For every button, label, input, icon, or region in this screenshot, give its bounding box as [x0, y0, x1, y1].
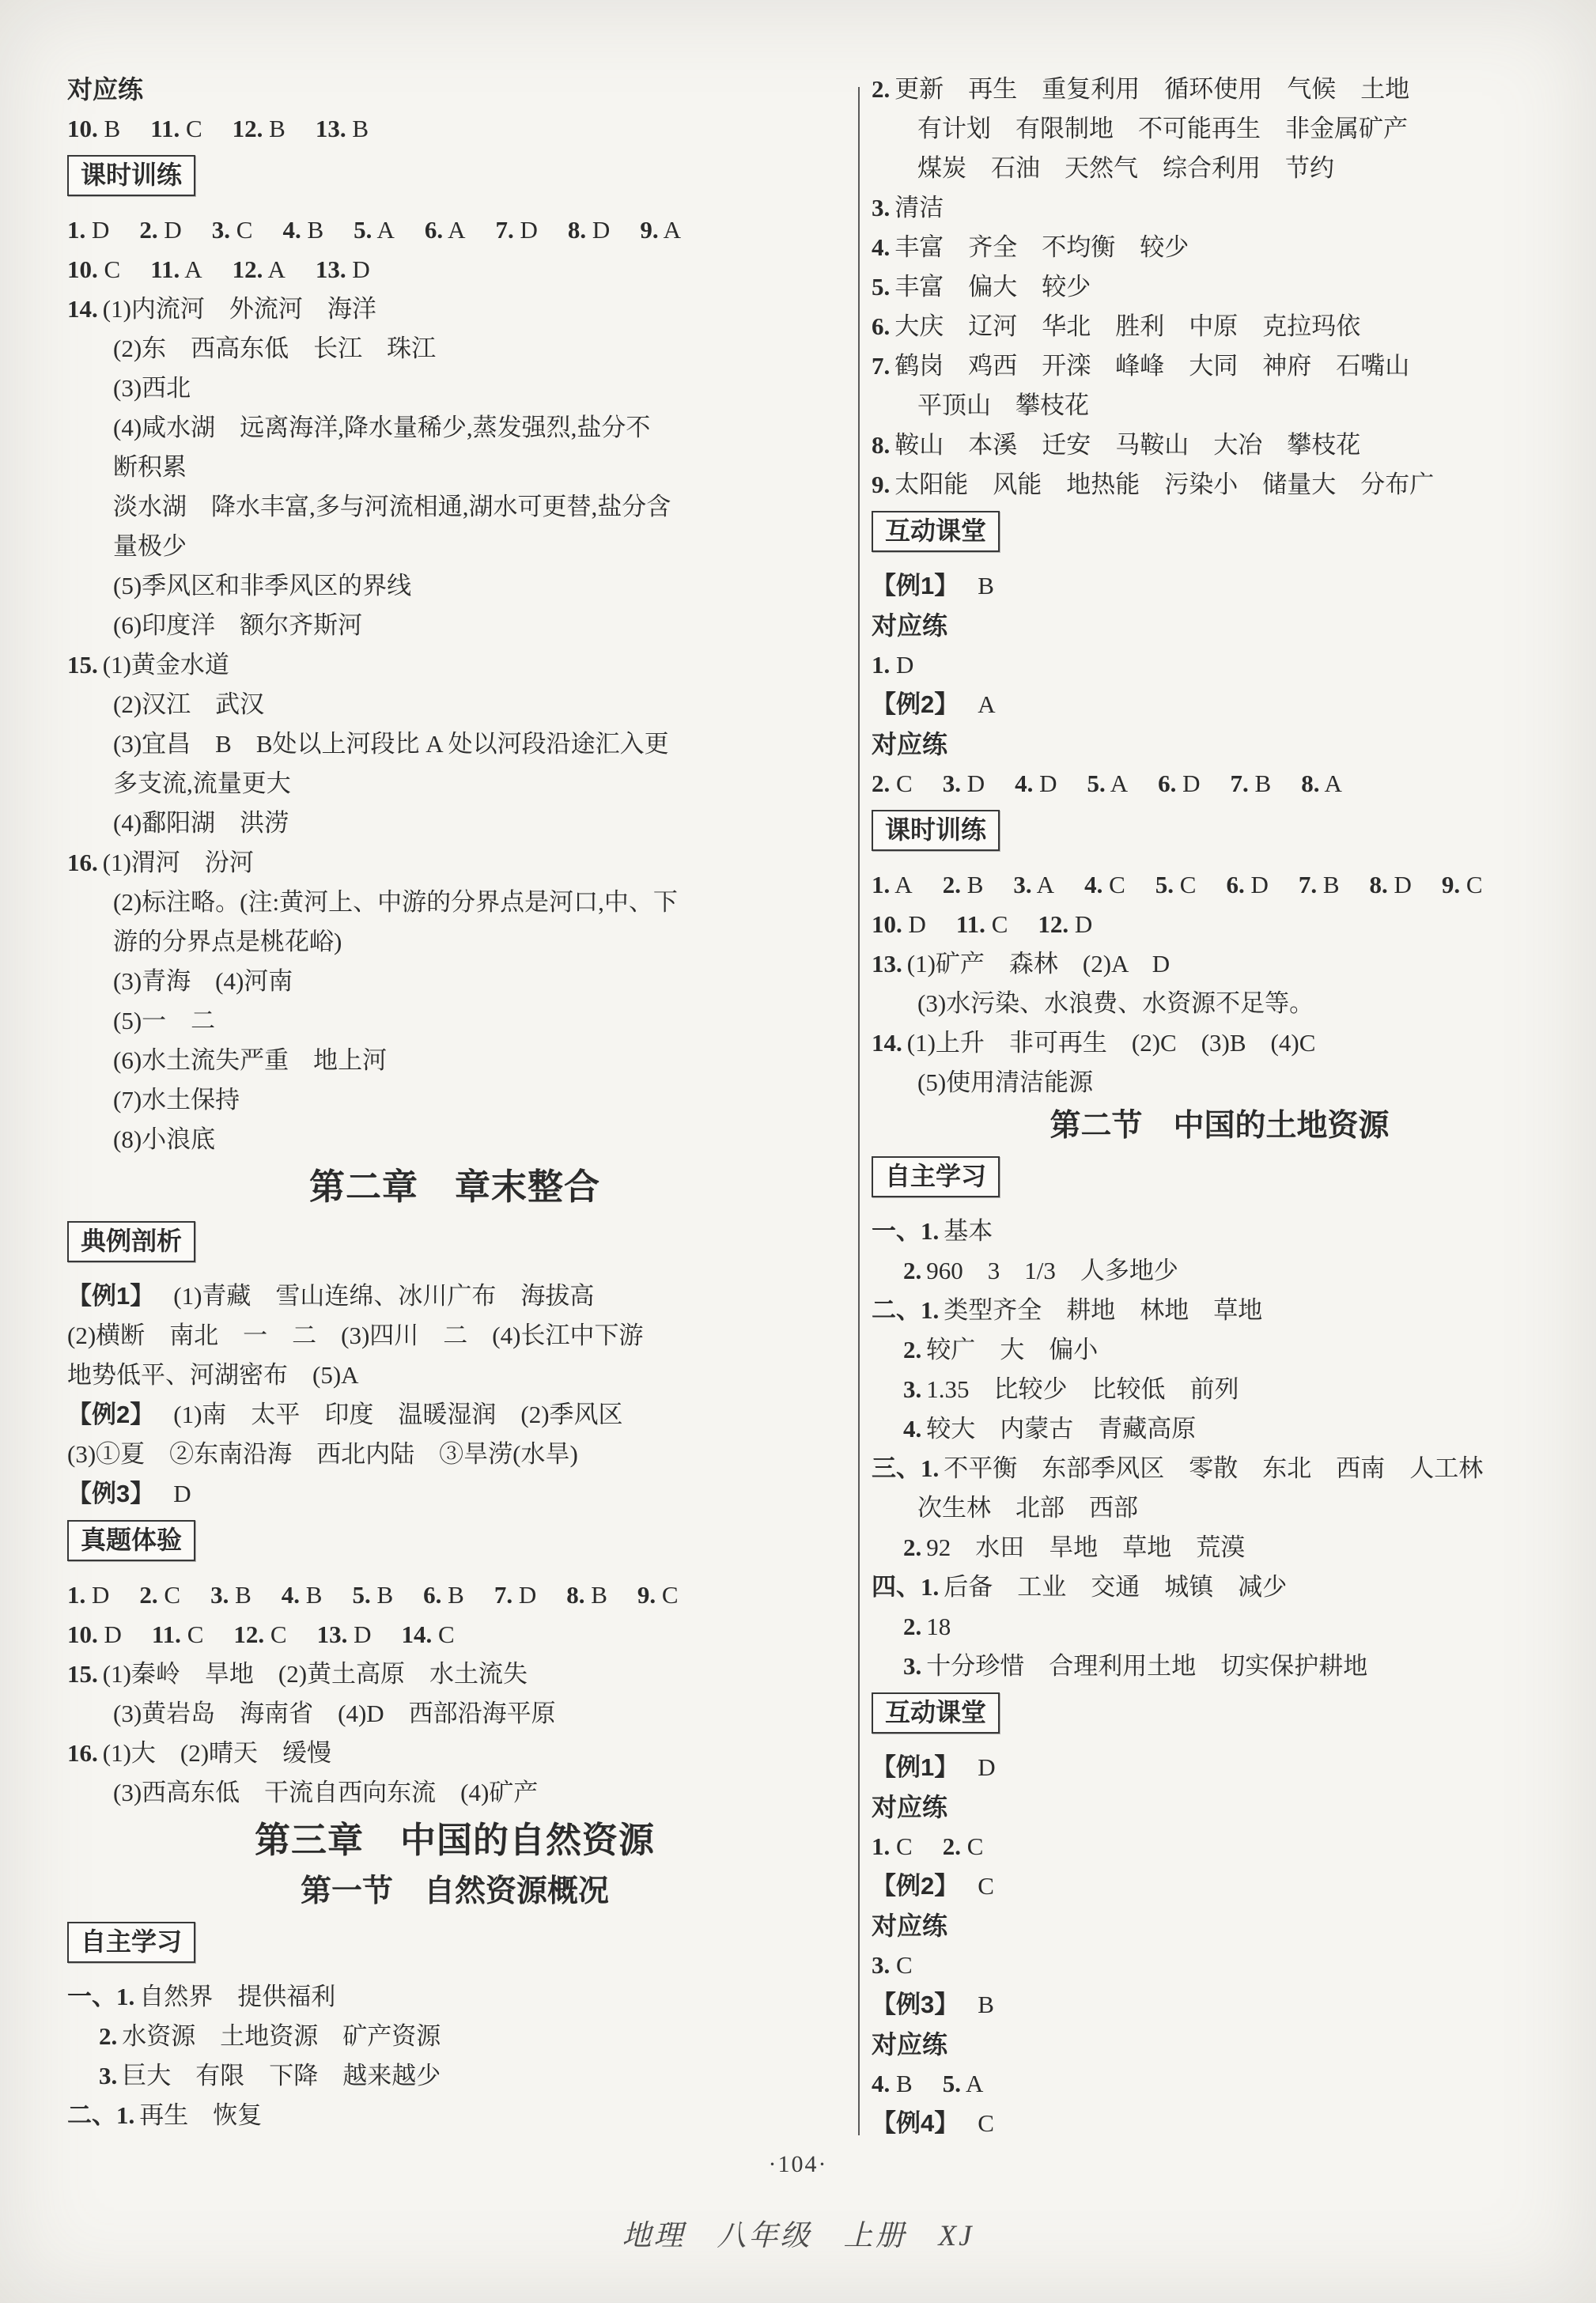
item-number: 2. — [903, 1336, 921, 1363]
answer-line: 淡水湖 降水丰富,多与河流相通,湖水可更替,盐分含 — [67, 487, 842, 527]
example-line: 【例3】D — [67, 1474, 842, 1514]
example-line: 【例1】B — [872, 566, 1568, 606]
answer-item: 4. D — [1015, 770, 1057, 797]
answer-number: 10. — [872, 910, 902, 938]
answer-item: 7. B — [1299, 871, 1340, 898]
answer-item: 2. D — [139, 216, 181, 244]
practice-label: 对应练 — [872, 1787, 1568, 1827]
answer-number: 1. — [872, 651, 890, 679]
example-answer: B — [978, 572, 994, 599]
example-line: 【例1】(1)青藏 雪山连绵、冰川广布 海拔高 — [67, 1276, 842, 1316]
item-number: 2. — [99, 2022, 117, 2050]
answer-number: 5. — [354, 216, 372, 244]
answer-line: 2.92 水田 旱地 草地 荒漠 — [872, 1528, 1568, 1567]
answer-item: 5. A — [354, 216, 395, 244]
item-number: 6. — [872, 312, 890, 340]
answer-line: 一、1.自然界 提供福利 — [67, 1977, 842, 2017]
answer-line: 14.(1)上升 非可再生 (2)C (3)B (4)C — [872, 1023, 1568, 1063]
example-label: 【例4】 — [872, 2109, 959, 2137]
item-text: 960 3 1/3 人多地少 — [926, 1257, 1178, 1284]
answer-item: 7. D — [494, 1581, 536, 1609]
answer-item: 5. A — [943, 2070, 984, 2097]
answer-item: 2. C — [139, 1581, 180, 1609]
answer-line: (3)水污染、水浪费、水资源不足等。 — [872, 984, 1568, 1023]
item-number: 15. — [67, 1660, 98, 1688]
answer-line: (3)黄岩岛 海南省 (4)D 西部沿海平原 — [67, 1694, 842, 1734]
answer-line: 13.(1)矿产 森林 (2)A D — [872, 944, 1568, 984]
boxed-section-label: 课时训练 — [67, 155, 195, 196]
chapter-heading: 第三章 中国的自然资源 — [67, 1813, 842, 1868]
answer-number: 9. — [1442, 871, 1460, 898]
answer-item: 1. D — [67, 1581, 109, 1609]
answer-item: 1. D — [67, 216, 109, 244]
answer-line: 地势低平、河湖密布 (5)A — [67, 1356, 842, 1395]
answer-item: 11. C — [152, 1620, 203, 1648]
item-text: 丰富 齐全 不均衡 较少 — [894, 233, 1189, 261]
answer-number: 7. — [1231, 770, 1249, 797]
item-number: 3. — [99, 2062, 117, 2089]
item-text: 十分珍惜 合理利用土地 切实保护耕地 — [926, 1652, 1367, 1680]
answer-line: (4)咸水湖 远离海洋,降水量稀少,蒸发强烈,盐分不 — [67, 408, 842, 448]
practice-label: 对应练 — [67, 70, 842, 109]
item-text: (1)上升 非可再生 (2)C (3)B (4)C — [907, 1029, 1316, 1057]
answer-item: 4. B — [282, 216, 323, 244]
item-number: 16. — [67, 849, 98, 876]
answer-item: 9. C — [637, 1581, 679, 1609]
answer-number: 10. — [67, 115, 98, 142]
boxed-label-row: 互动课堂 — [872, 511, 1568, 558]
answer-item: 12. A — [233, 255, 286, 283]
item-text: (1)渭河 汾河 — [103, 849, 254, 876]
answer-line: 四、1.后备 工业 交通 城镇 减少 — [872, 1567, 1568, 1607]
answer-number: 9. — [637, 1581, 656, 1609]
item-text: 水资源 土地资源 矿产资源 — [122, 2022, 441, 2050]
answer-number: 7. — [496, 216, 514, 244]
answer-line: 煤炭 石油 天然气 综合利用 节约 — [872, 149, 1568, 188]
answer-line: (2)东 西高东低 长江 珠江 — [67, 329, 842, 369]
boxed-label-row: 真题体验 — [67, 1520, 842, 1567]
answer-item: 6. B — [423, 1581, 464, 1609]
answer-number: 11. — [150, 255, 180, 283]
item-text: (1)矿产 森林 (2)A D — [907, 950, 1170, 978]
answer-number: 5. — [352, 1581, 370, 1609]
answer-line: 14.(1)内流河 外流河 海洋 — [67, 289, 842, 329]
example-line: 【例3】B — [872, 1985, 1568, 2025]
answer-number: 3. — [212, 216, 230, 244]
boxed-label-row: 课时训练 — [872, 810, 1568, 857]
answer-number: 1. — [872, 1832, 890, 1860]
item-number: 15. — [67, 651, 98, 679]
boxed-label-row: 互动课堂 — [872, 1692, 1568, 1740]
example-line: 【例4】C — [872, 2104, 1568, 2143]
answer-number: 4. — [282, 1581, 300, 1609]
answer-item: 4. B — [282, 1581, 323, 1609]
item-text: (1)秦岭 旱地 (2)黄土高原 水土流失 — [103, 1660, 528, 1688]
answer-number: 7. — [494, 1581, 512, 1609]
example-line: 【例2】A — [872, 685, 1568, 724]
example-answer: (1)青藏 雪山连绵、冰川广布 海拔高 — [173, 1282, 594, 1310]
answer-number: 2. — [943, 1832, 961, 1860]
item-text: 大庆 辽河 华北 胜利 中原 克拉玛依 — [894, 312, 1360, 340]
answer-line: 2.960 3 1/3 人多地少 — [872, 1251, 1568, 1291]
answer-line: 9.太阳能 风能 地热能 污染小 储量大 分布广 — [872, 465, 1568, 505]
item-text: 再生 恢复 — [139, 2101, 262, 2129]
item-number: 一、1. — [872, 1217, 939, 1245]
answer-number: 12. — [1038, 910, 1068, 938]
answer-line: 平顶山 攀枝花 — [872, 386, 1568, 425]
item-text: 92 水田 旱地 草地 荒漠 — [926, 1533, 1245, 1561]
item-number: 13. — [872, 950, 902, 978]
answer-line: 16.(1)大 (2)晴天 缓慢 — [67, 1734, 842, 1773]
item-number: 3. — [903, 1652, 921, 1680]
answer-number: 8. — [1301, 770, 1319, 797]
answer-number: 13. — [317, 1620, 348, 1648]
answer-line: (5)一 二 — [67, 1001, 842, 1041]
answer-item: 8. A — [1301, 770, 1342, 797]
answer-line: 二、1.类型齐全 耕地 林地 草地 — [872, 1291, 1568, 1330]
item-number: 二、1. — [872, 1296, 939, 1324]
item-number: 4. — [872, 233, 890, 261]
answer-line: (8)小浪底 — [67, 1120, 842, 1159]
item-text: 较大 内蒙古 青藏高原 — [926, 1415, 1196, 1443]
answer-number: 3. — [210, 1581, 229, 1609]
answer-row: 10. B11. C12. B13. B — [67, 109, 842, 149]
boxed-section-label: 互动课堂 — [872, 1692, 1000, 1734]
answer-item: 9. C — [1442, 871, 1483, 898]
item-text: 清洁 — [894, 194, 944, 221]
item-text: 鹤岗 鸡西 开滦 峰峰 大同 神府 石嘴山 — [894, 352, 1409, 380]
answer-item: 2. B — [943, 871, 984, 898]
answer-number: 2. — [139, 216, 157, 244]
answer-item: 6. A — [425, 216, 466, 244]
answer-number: 8. — [566, 1581, 584, 1609]
answer-item: 4. B — [872, 2070, 913, 2097]
answer-item: 10. D — [67, 1620, 122, 1648]
answer-number: 8. — [568, 216, 586, 244]
answer-number: 1. — [67, 216, 85, 244]
answer-row: 10. D11. C12. C13. D14. C — [67, 1615, 842, 1654]
item-number: 4. — [903, 1415, 921, 1443]
item-text: (1)黄金水道 — [103, 651, 229, 679]
answer-number: 12. — [233, 1620, 264, 1648]
item-number: 8. — [872, 431, 890, 459]
boxed-section-label: 互动课堂 — [872, 511, 1000, 552]
answer-number: 5. — [1155, 871, 1174, 898]
answer-number: 6. — [423, 1581, 441, 1609]
chapter-heading: 第二章 章末整合 — [67, 1159, 842, 1215]
item-number: 2. — [903, 1533, 921, 1561]
item-number: 四、1. — [872, 1573, 939, 1601]
answer-line: 4.丰富 齐全 不均衡 较少 — [872, 228, 1568, 267]
answer-item: 9. A — [640, 216, 681, 244]
example-answer: D — [978, 1753, 995, 1781]
answer-line: (6)水土流失严重 地上河 — [67, 1041, 842, 1080]
practice-label: 对应练 — [872, 606, 1568, 645]
answer-number: 7. — [1299, 871, 1317, 898]
answer-line: 有计划 有限制地 不可能再生 非金属矿产 — [872, 109, 1568, 149]
item-text: 不平衡 东部季风区 零散 东北 西南 人工林 — [944, 1454, 1483, 1482]
page-number: ·104· — [0, 2151, 1596, 2178]
answer-item: 10. B — [67, 115, 120, 142]
answer-row: 10. C11. A12. A13. D — [67, 250, 842, 289]
answer-item: 12. D — [1038, 910, 1092, 938]
answer-item: 11. C — [150, 115, 202, 142]
answer-number: 2. — [872, 770, 890, 797]
item-number: 5. — [872, 273, 890, 301]
answer-number: 13. — [316, 115, 346, 142]
item-text: 基本 — [944, 1217, 993, 1245]
answer-number: 11. — [150, 115, 180, 142]
answer-line: 6.大庆 辽河 华北 胜利 中原 克拉玛依 — [872, 307, 1568, 346]
item-number: 7. — [872, 352, 890, 380]
answer-line: 2.水资源 土地资源 矿产资源 — [67, 2017, 842, 2056]
item-number: 9. — [872, 471, 890, 498]
item-text: 较广 大 偏小 — [926, 1336, 1098, 1363]
answer-line: 量极少 — [67, 527, 842, 566]
example-label: 【例2】 — [872, 690, 959, 718]
answer-line: (6)印度洋 额尔齐斯河 — [67, 606, 842, 645]
answer-line: 3.清洁 — [872, 188, 1568, 228]
answer-number: 6. — [1226, 871, 1244, 898]
answer-line: 游的分界点是桃花峪) — [67, 922, 842, 962]
answer-item: 3. D — [943, 770, 985, 797]
column-divider — [858, 87, 860, 2135]
item-text: 更新 再生 重复利用 循环使用 气候 土地 — [894, 75, 1409, 103]
answer-line: 2.18 — [872, 1607, 1568, 1647]
answer-line: 一、1.基本 — [872, 1212, 1568, 1251]
answer-line: 多支流,流量更大 — [67, 764, 842, 804]
answer-line: (7)水土保持 — [67, 1080, 842, 1120]
item-number: 2. — [872, 75, 890, 103]
answer-number: 11. — [956, 910, 985, 938]
answer-number: 12. — [233, 115, 263, 142]
answer-item: 5. B — [352, 1581, 393, 1609]
answer-line: 15.(1)黄金水道 — [67, 645, 842, 685]
answer-item: 1. D — [872, 651, 913, 679]
item-number: 14. — [872, 1029, 902, 1057]
answer-line: (3)青海 (4)河南 — [67, 962, 842, 1001]
practice-label: 对应练 — [872, 724, 1568, 764]
answer-row: 1. D2. C3. B4. B5. B6. B7. D8. B9. C — [67, 1575, 842, 1615]
item-number: 三、1. — [872, 1454, 939, 1482]
answer-number: 9. — [640, 216, 658, 244]
example-line: 【例2】C — [872, 1866, 1568, 1906]
boxed-label-row: 自主学习 — [67, 1922, 842, 1969]
example-label: 【例3】 — [67, 1480, 154, 1507]
answer-item: 11. A — [150, 255, 202, 283]
answer-item: 14. C — [401, 1620, 454, 1648]
answer-number: 10. — [67, 1620, 98, 1648]
answer-item: 10. D — [872, 910, 926, 938]
example-line: 【例1】D — [872, 1748, 1568, 1787]
answer-number: 4. — [1084, 871, 1102, 898]
answer-number: 14. — [401, 1620, 432, 1648]
answer-item: 12. B — [233, 115, 286, 142]
example-answer: (1)南 太平 印度 温暖湿润 (2)季风区 — [173, 1401, 622, 1428]
example-label: 【例2】 — [872, 1872, 959, 1900]
answer-number: 5. — [943, 2070, 961, 2097]
answer-item: 8. B — [566, 1581, 607, 1609]
item-number: 3. — [903, 1375, 921, 1403]
item-text: (1)大 (2)晴天 缓慢 — [103, 1739, 331, 1767]
section-heading: 第一节 自然资源概况 — [67, 1868, 842, 1915]
answer-number: 12. — [233, 255, 263, 283]
boxed-section-label: 典例剖析 — [67, 1221, 195, 1262]
boxed-section-label: 自主学习 — [872, 1156, 1000, 1197]
answer-line: 2.较广 大 偏小 — [872, 1330, 1568, 1370]
answer-number: 4. — [1015, 770, 1033, 797]
example-label: 【例1】 — [67, 1282, 154, 1310]
boxed-label-row: 课时训练 — [67, 155, 842, 202]
answer-line: (5)使用清洁能源 — [872, 1063, 1568, 1102]
answer-item: 1. C — [872, 1832, 913, 1860]
item-text: (1)内流河 外流河 海洋 — [103, 295, 376, 323]
item-number: 2. — [903, 1613, 921, 1640]
left-column: 对应练10. B11. C12. B13. B课时训练1. D2. D3. C4… — [67, 70, 842, 2135]
example-answer: A — [978, 690, 995, 718]
answer-item: 7. D — [496, 216, 538, 244]
answer-line: 4.较大 内蒙古 青藏高原 — [872, 1409, 1568, 1449]
answer-number: 4. — [282, 216, 301, 244]
answer-item: 1. A — [872, 871, 913, 898]
item-text: 后备 工业 交通 城镇 减少 — [944, 1573, 1287, 1601]
answer-line: 3.1.35 比较少 比较低 前列 — [872, 1370, 1568, 1409]
boxed-label-row: 自主学习 — [872, 1156, 1568, 1204]
answer-row: 3. C — [872, 1946, 1568, 1985]
item-text: 丰富 偏大 较少 — [894, 273, 1091, 301]
answer-number: 1. — [872, 871, 890, 898]
answer-item: 13. B — [316, 115, 369, 142]
answer-item: 5. A — [1087, 770, 1128, 797]
answer-item: 6. D — [1226, 871, 1268, 898]
answer-number: 4. — [872, 2070, 890, 2097]
answer-row: 2. C3. D4. D5. A6. D7. B8. A — [872, 764, 1568, 804]
answer-number: 3. — [1013, 871, 1031, 898]
answer-number: 10. — [67, 255, 98, 283]
boxed-section-label: 自主学习 — [67, 1922, 195, 1963]
answer-line: 5.丰富 偏大 较少 — [872, 267, 1568, 307]
section-heading: 第二节 中国的土地资源 — [872, 1102, 1568, 1150]
answer-line: 断积累 — [67, 448, 842, 487]
example-label: 【例1】 — [872, 1753, 959, 1781]
answer-item: 8. D — [568, 216, 610, 244]
answer-item: 3. A — [1013, 871, 1054, 898]
boxed-label-row: 典例剖析 — [67, 1221, 842, 1269]
answer-item: 3. C — [212, 216, 253, 244]
workbook-page: 对应练10. B11. C12. B13. B课时训练1. D2. D3. C4… — [0, 0, 1596, 2303]
answer-row: 1. D2. D3. C4. B5. A6. A7. D8. D9. A — [67, 210, 842, 250]
answer-number: 13. — [316, 255, 346, 283]
answer-item: 4. C — [1084, 871, 1125, 898]
answer-row: 1. C2. C — [872, 1827, 1568, 1866]
book-footer: 地理 八年级 上册 XJ — [0, 2211, 1596, 2254]
answer-number: 3. — [943, 770, 961, 797]
answer-line: 15.(1)秦岭 旱地 (2)黄土高原 水土流失 — [67, 1654, 842, 1694]
answer-item: 2. C — [872, 770, 913, 797]
item-text: 1.35 比较少 比较低 前列 — [926, 1375, 1239, 1403]
answer-item: 3. B — [210, 1581, 252, 1609]
answer-number: 3. — [872, 1951, 890, 1979]
answer-number: 11. — [152, 1620, 181, 1648]
example-label: 【例3】 — [872, 1991, 959, 2018]
answer-number: 2. — [943, 871, 961, 898]
example-line: 【例2】(1)南 太平 印度 温暖湿润 (2)季风区 — [67, 1395, 842, 1435]
answer-line: 16.(1)渭河 汾河 — [67, 843, 842, 883]
practice-label: 对应练 — [872, 2025, 1568, 2064]
item-number: 14. — [67, 295, 98, 323]
answer-item: 11. C — [956, 910, 1008, 938]
answer-item: 6. D — [1158, 770, 1200, 797]
answer-number: 6. — [1158, 770, 1176, 797]
answer-item: 2. C — [943, 1832, 984, 1860]
answer-line: (5)季风区和非季风区的界线 — [67, 566, 842, 606]
answer-row: 4. B5. A — [872, 2064, 1568, 2104]
answer-item: 10. C — [67, 255, 120, 283]
right-column: 2.更新 再生 重复利用 循环使用 气候 土地有计划 有限制地 不可能再生 非金… — [872, 70, 1568, 2143]
answer-line: 3.十分珍惜 合理利用土地 切实保护耕地 — [872, 1647, 1568, 1686]
answer-line: 二、1.再生 恢复 — [67, 2096, 842, 2135]
answer-line: (2)汉江 武汉 — [67, 685, 842, 724]
answer-item: 7. B — [1231, 770, 1272, 797]
answer-line: (4)鄱阳湖 洪涝 — [67, 804, 842, 843]
answer-line: 8.鞍山 本溪 迁安 马鞍山 大冶 攀枝花 — [872, 425, 1568, 465]
item-number: 二、1. — [67, 2101, 134, 2129]
answer-line: (3)西高东低 干流自西向东流 (4)矿产 — [67, 1773, 842, 1813]
item-text: 18 — [926, 1613, 951, 1640]
example-answer: B — [978, 1991, 994, 2018]
answer-row: 10. D11. C12. D — [872, 905, 1568, 944]
example-label: 【例1】 — [872, 572, 959, 599]
answer-item: 8. D — [1370, 871, 1412, 898]
answer-item: 13. D — [316, 255, 370, 283]
practice-label: 对应练 — [872, 1906, 1568, 1946]
item-number: 16. — [67, 1739, 98, 1767]
answer-line: (3)宜昌 B B处以上河段比 A 处以河段沿途汇入更 — [67, 724, 842, 764]
answer-line: 次生林 北部 西部 — [872, 1488, 1568, 1528]
answer-line: 三、1.不平衡 东部季风区 零散 东北 西南 人工林 — [872, 1449, 1568, 1488]
item-number: 一、1. — [67, 1983, 134, 2010]
boxed-section-label: 真题体验 — [67, 1520, 195, 1561]
answer-line: 2.更新 再生 重复利用 循环使用 气候 土地 — [872, 70, 1568, 109]
answer-number: 8. — [1370, 871, 1388, 898]
answer-number: 6. — [425, 216, 443, 244]
answer-line: 3.巨大 有限 下降 越来越少 — [67, 2056, 842, 2096]
answer-line: 7.鹤岗 鸡西 开滦 峰峰 大同 神府 石嘴山 — [872, 346, 1568, 386]
answer-line: (3)①夏 ②东南沿海 西北内陆 ③旱涝(水旱) — [67, 1435, 842, 1474]
answer-number: 1. — [67, 1581, 85, 1609]
example-answer: C — [978, 1872, 994, 1900]
item-number: 2. — [903, 1257, 921, 1284]
example-label: 【例2】 — [67, 1401, 154, 1428]
boxed-section-label: 课时训练 — [872, 810, 1000, 851]
answer-line: (2)标注略。(注:黄河上、中游的分界点是河口,中、下 — [67, 883, 842, 922]
example-answer: D — [173, 1480, 191, 1507]
item-text: 太阳能 风能 地热能 污染小 储量大 分布广 — [894, 471, 1434, 498]
answer-row: 1. D — [872, 645, 1568, 685]
answer-row: 1. A2. B3. A4. C5. C6. D7. B8. D9. C — [872, 865, 1568, 905]
answer-number: 5. — [1087, 770, 1105, 797]
item-text: 鞍山 本溪 迁安 马鞍山 大冶 攀枝花 — [894, 431, 1360, 459]
answer-number: 2. — [139, 1581, 157, 1609]
example-answer: C — [978, 2109, 994, 2137]
answer-item: 13. D — [317, 1620, 372, 1648]
item-text: 自然界 提供福利 — [139, 1983, 335, 2010]
item-number: 3. — [872, 194, 890, 221]
item-text: 类型齐全 耕地 林地 草地 — [944, 1296, 1262, 1324]
answer-item: 12. C — [233, 1620, 286, 1648]
item-text: 巨大 有限 下降 越来越少 — [122, 2062, 441, 2089]
answer-line: (3)西北 — [67, 369, 842, 408]
